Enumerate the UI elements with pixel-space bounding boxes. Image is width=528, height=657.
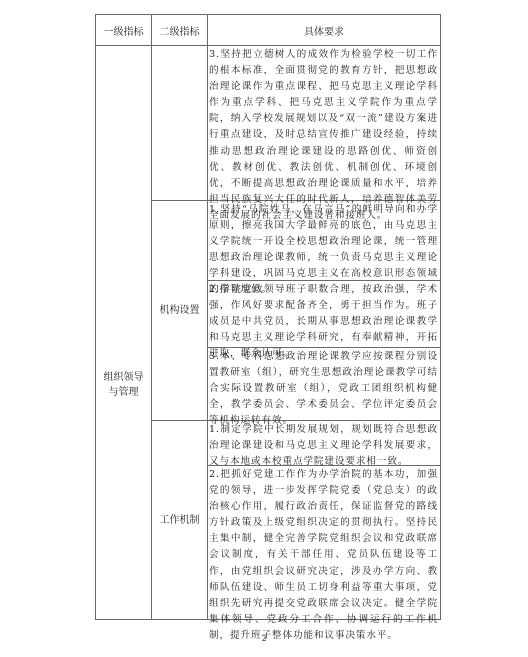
level1-label-line: 与管理: [109, 385, 139, 400]
level2-label-mechanism: 工作机制: [152, 421, 207, 619]
requirement-item: 2.把抓好党建工作作为办学治院的基本功，加强党的领导，进一步发挥学院党委（党总支…: [209, 467, 438, 644]
header-level2: 二级指标: [152, 15, 207, 45]
requirement-item: 1.制定学院中长期发展规划，规划既符合思想政治理论课建设和马克思主义理论学科发展…: [209, 422, 438, 470]
requirement-item: 3.坚持把立德树人的成效作为检验学校一切工作的根本标准，全面贯彻党的教育方针，把…: [209, 47, 438, 224]
requirement-item: 3.本、专科思想政治理论课教学应按课程分别设置教研室（组），研究生思想政治理论课…: [209, 349, 438, 429]
requirements-table: 一级指标 二级指标 具体要求 组织领导 与管理 机构设置 工作机制 3.坚持把立…: [95, 14, 441, 620]
column-divider: [207, 15, 208, 619]
level1-label-line: 组织领导: [104, 370, 144, 385]
header-level1: 一级指标: [96, 15, 151, 45]
level1-label: 组织领导 与管理: [96, 365, 151, 405]
header-divider: [96, 45, 440, 46]
page-number: 2: [0, 634, 528, 643]
header-requirements: 具体要求: [208, 15, 440, 45]
level2-label-institution: 机构设置: [152, 201, 207, 420]
